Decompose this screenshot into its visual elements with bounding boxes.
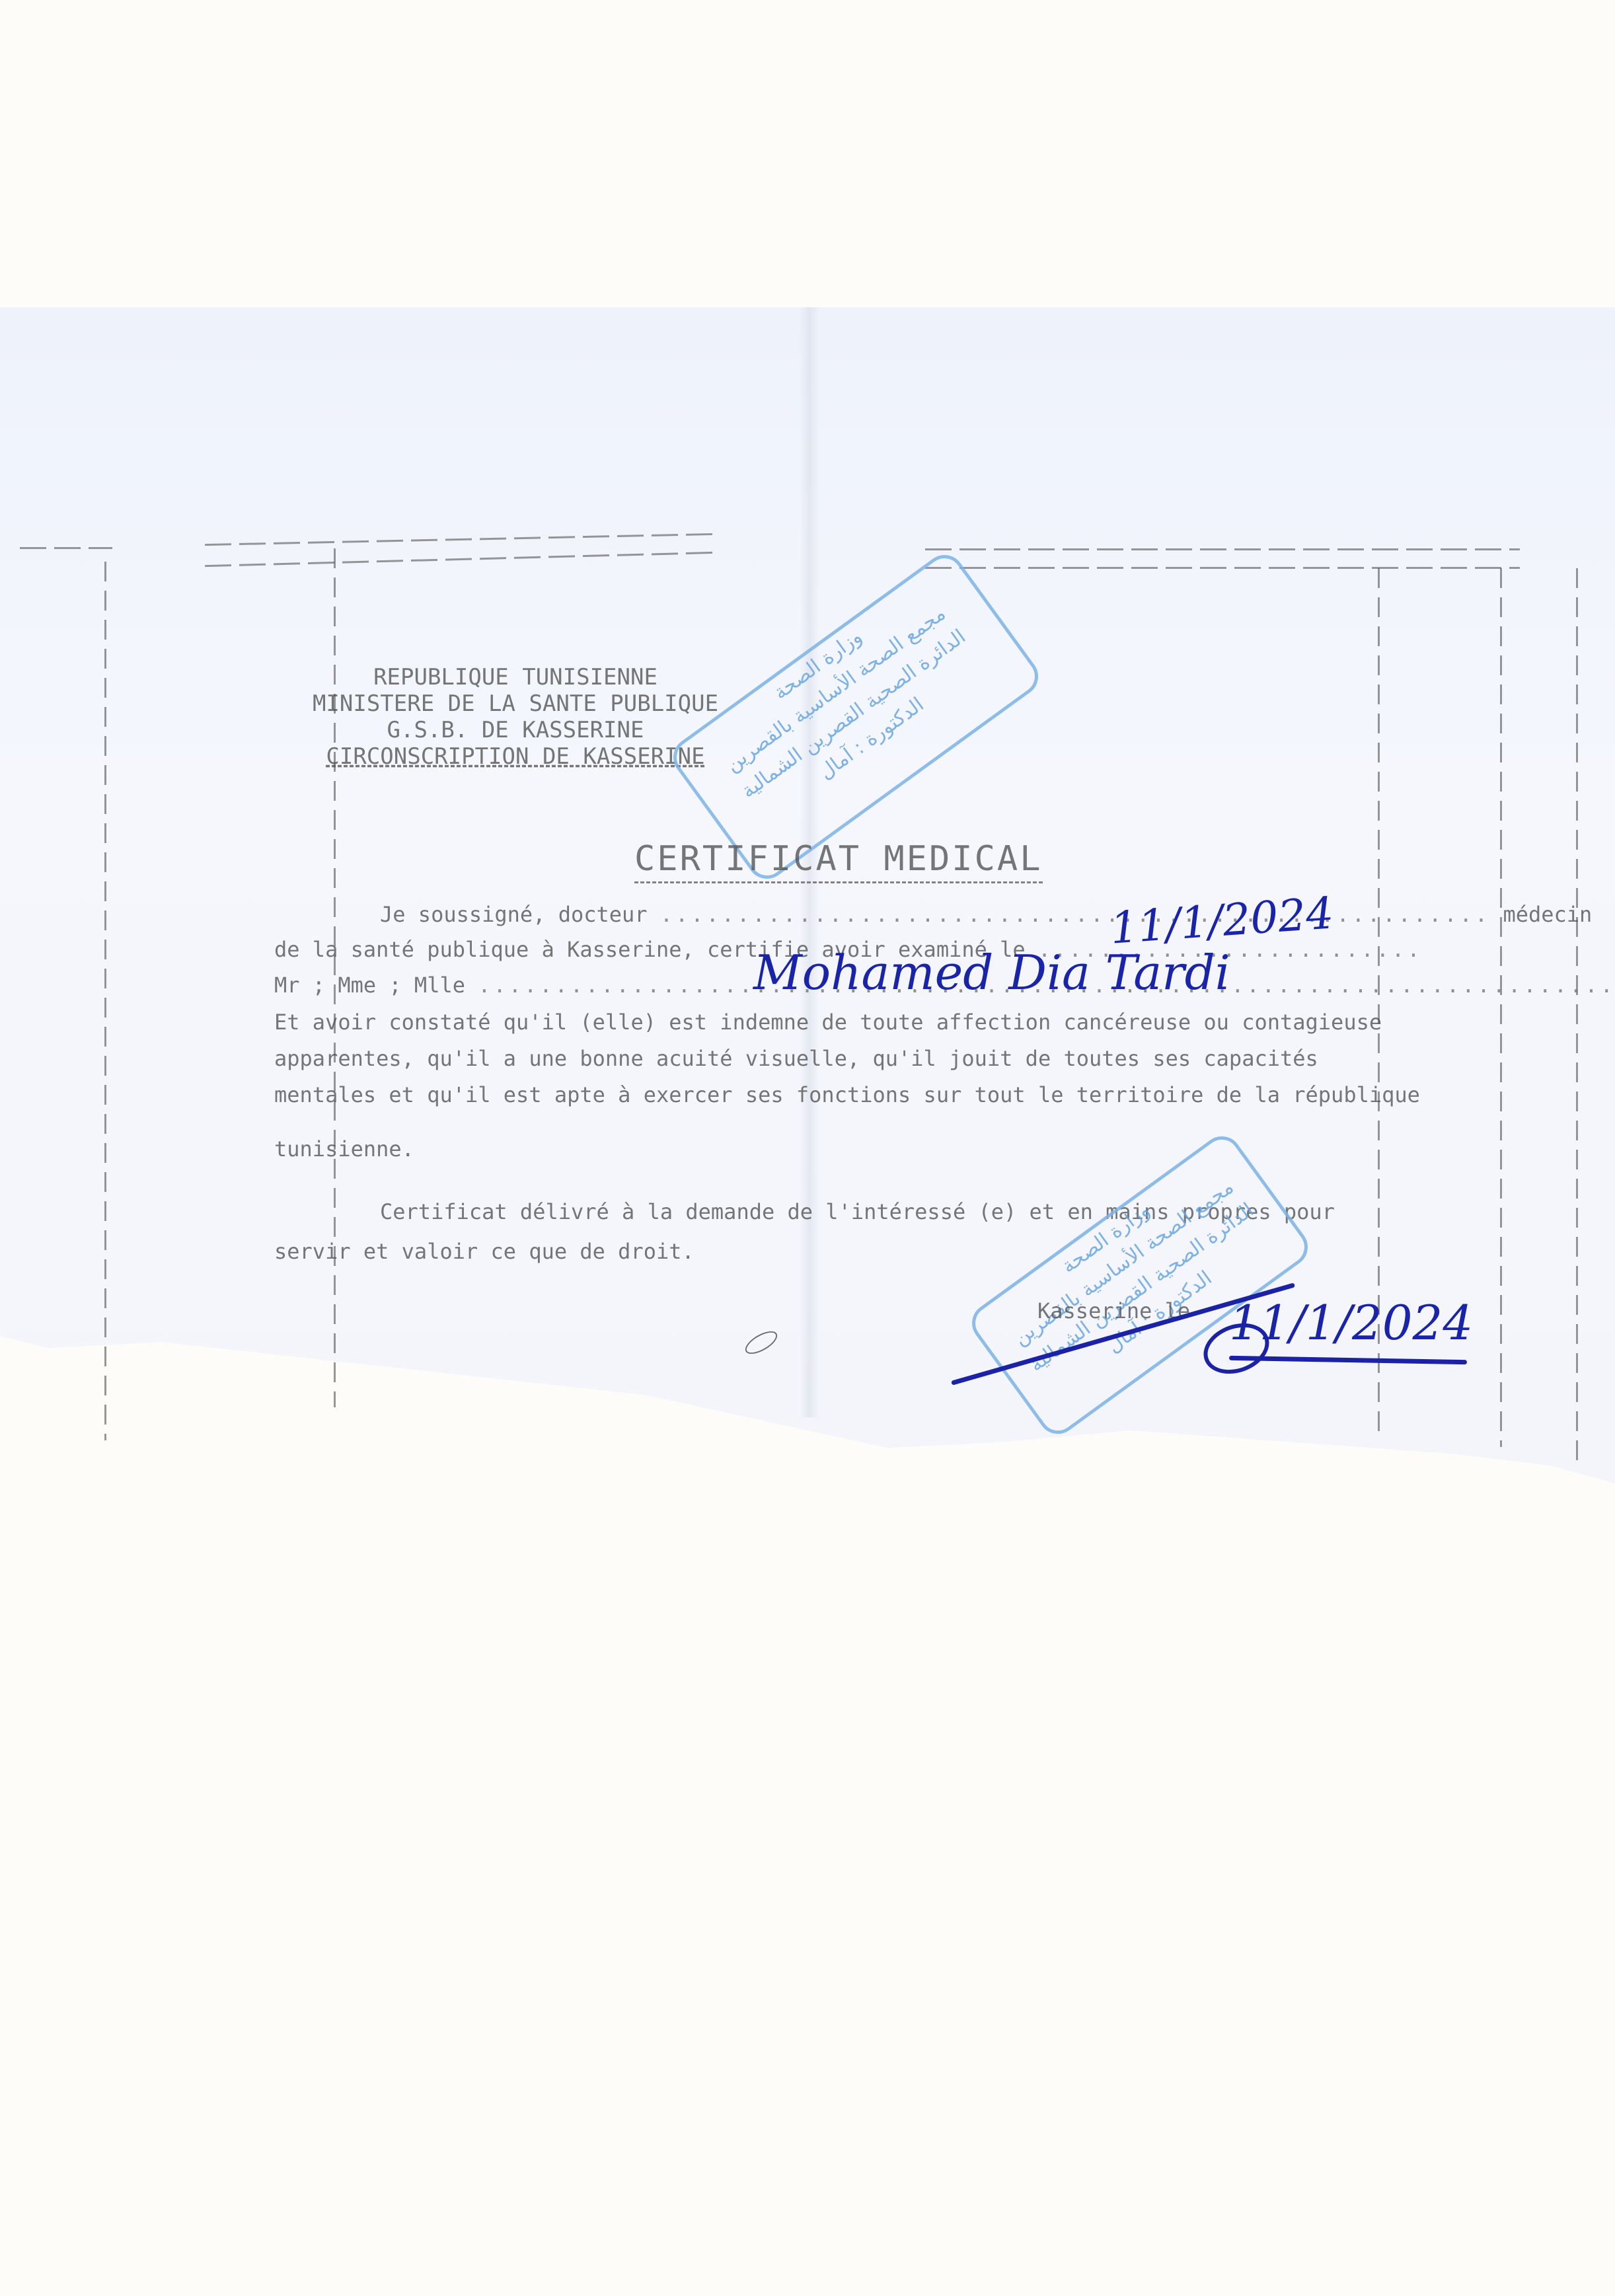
ghost-rule — [20, 547, 112, 549]
body-line-4: Et avoir constaté qu'il (elle) est indem… — [274, 1010, 1382, 1035]
ghost-column — [1500, 568, 1502, 1447]
ghost-column — [1576, 568, 1578, 1467]
body-line-6: mentales et qu'il est apte à exercer ses… — [274, 1082, 1420, 1107]
handwritten-patient-name: Mohamed Dia Tardi — [753, 945, 1230, 1000]
letterhead-ministry: MINISTERE DE LA SANTE PUBLIQUE — [264, 690, 767, 717]
ghost-rule — [925, 548, 1520, 550]
letterhead-country: REPUBLIQUE TUNISIENNE — [264, 664, 767, 690]
fill-dots: ........................................… — [660, 902, 1490, 927]
body-line-7: tunisienne. — [274, 1136, 414, 1162]
ghost-rule — [925, 567, 1520, 569]
body-line-5: apparentes, qu'il a une bonne acuité vis… — [274, 1046, 1318, 1071]
body-line-doctor: Je soussigné, docteur ..................… — [380, 902, 1592, 927]
ghost-column — [104, 562, 106, 1440]
document-title: CERTIFICAT MEDICAL — [634, 839, 1043, 883]
body-line-9: servir et valoir ce que de droit. — [274, 1239, 695, 1264]
